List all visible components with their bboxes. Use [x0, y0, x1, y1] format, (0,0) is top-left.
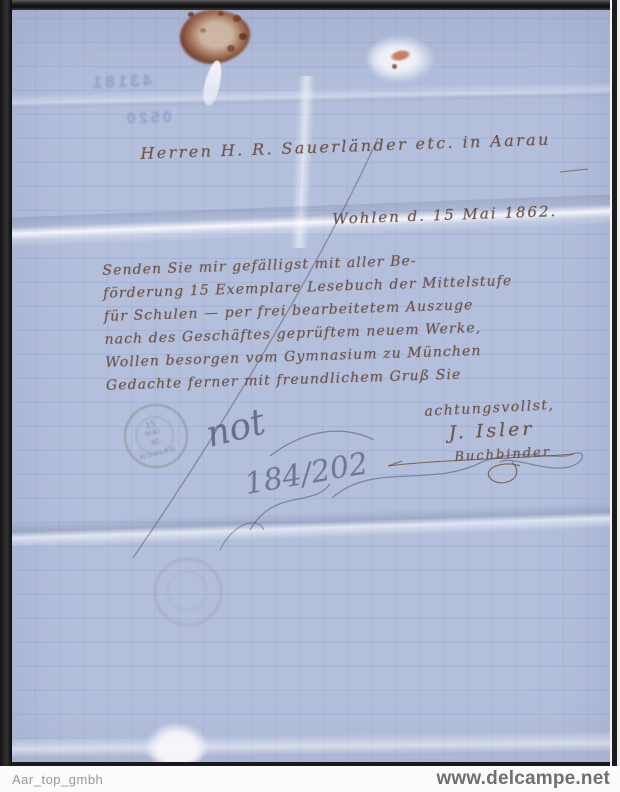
watermark-bar: Aar_top_gmbh www.delcampe.net [0, 766, 620, 792]
scan-edge-right [610, 0, 620, 766]
bottom-edge-wear [147, 724, 207, 762]
postmark-year: 62 [128, 433, 184, 453]
postmark-town: WOHLEN [134, 444, 182, 462]
vertical-crease [290, 76, 315, 249]
scan-edge-top [0, 0, 620, 10]
address-line: Herren H. R. Sauerländer etc. in Aarau [140, 130, 551, 163]
scanned-letter-image: 43181 0520 15 MAI 62 WOHLEN Herren H. R.… [0, 0, 620, 792]
postmark-inner-circle [165, 568, 210, 613]
fold-crease-bottom [12, 731, 610, 760]
postmark-arrival-faint [150, 554, 227, 631]
paper-tear [200, 59, 225, 107]
showthrough-number-bottom: 0520 [124, 109, 172, 129]
letter-body: Senden Sie mir gefälligst mit aller Be- … [102, 247, 516, 398]
rust-stain-specks [188, 12, 194, 17]
seller-watermark: Aar_top_gmbh [12, 772, 103, 787]
small-rust-speck [392, 64, 397, 69]
showthrough-number-top: 43181 [90, 71, 153, 93]
postmark-month: MAI [125, 423, 181, 443]
letter-paper: 43181 0520 15 MAI 62 WOHLEN Herren H. R.… [12, 10, 610, 762]
scan-edge-left [0, 0, 12, 766]
closing-salutation: achtungsvollst, [424, 397, 555, 420]
rust-stain [180, 10, 250, 64]
site-watermark: www.delcampe.net [436, 768, 610, 790]
fold-crease-lower [12, 502, 610, 549]
pencil-number: 184/202 [242, 446, 371, 502]
signature-title: Buchbinder [454, 445, 551, 465]
signature: J. Isler [448, 418, 535, 444]
postmark-despatch: 15 MAI 62 WOHLEN [117, 397, 195, 475]
pencil-note: not [202, 402, 269, 456]
postmark-day: 15 [123, 413, 180, 435]
postmark-inner-circle [132, 412, 178, 458]
dateline: Wohlen d. 15 Mai 1862. [332, 202, 557, 228]
